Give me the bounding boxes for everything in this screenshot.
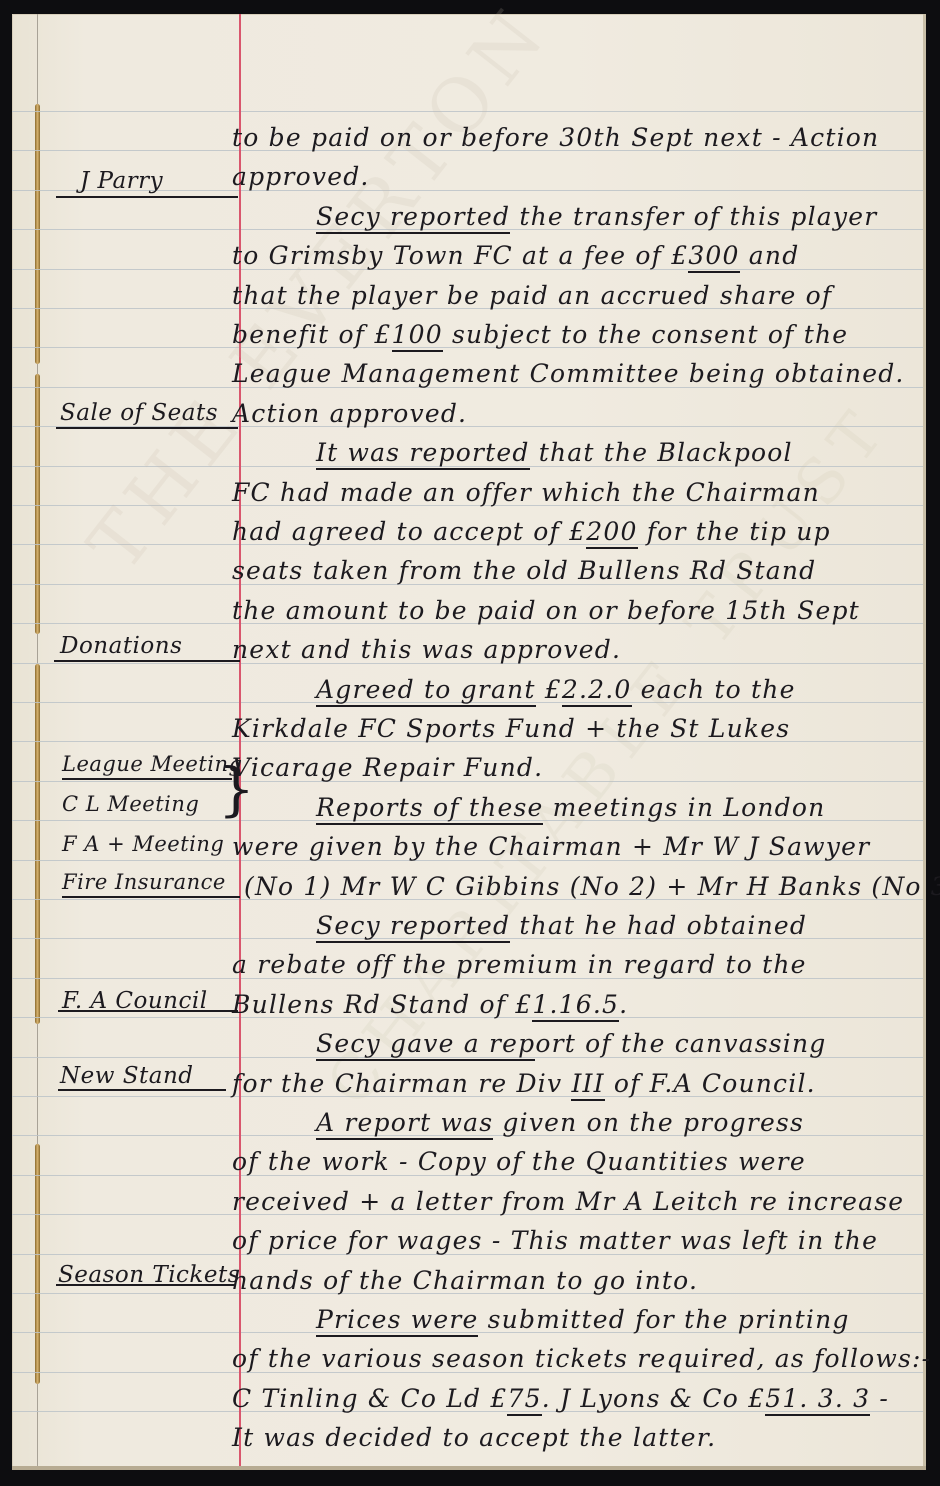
text-segment: subject to the consent of the: [443, 320, 848, 349]
text-segment: received + a letter from Mr A Leitch re …: [232, 1187, 904, 1216]
minutes-line: seats taken from the old Bullens Rd Stan…: [232, 558, 816, 583]
binding-staple: [35, 104, 40, 364]
text-segment: League Management Committee being obtain…: [232, 359, 905, 388]
underlined-text: 2.2.0: [562, 675, 632, 707]
underlined-text: Prices were: [316, 1305, 478, 1337]
text-segment: Bullens Rd Stand of £: [232, 990, 532, 1019]
minutes-line: next and this was approved.: [232, 637, 621, 662]
text-segment: a rebate off the premium in regard to th…: [232, 950, 807, 979]
page-edge: [923, 14, 926, 1469]
minutes-line: approved.: [232, 164, 370, 189]
underlined-text: 300: [688, 241, 739, 273]
minutes-line: for the Chairman re Div III of F.A Counc…: [232, 1071, 816, 1096]
minutes-line: C Tinling & Co Ld £75. J Lyons & Co £51.…: [232, 1386, 889, 1411]
text-segment: given on the progress: [493, 1108, 804, 1137]
text-segment: were given by the Chairman + Mr W J Sawy…: [232, 832, 870, 861]
heading-underline: [54, 660, 240, 662]
text-segment: for the tip up: [638, 517, 831, 546]
heading-underline: [58, 1089, 226, 1091]
page-bottom-edge: [12, 1466, 926, 1470]
minutes-line: to be paid on or before 30th Sept next -…: [232, 125, 879, 150]
underlined-text: 200: [586, 517, 637, 549]
text-segment: (No 1) Mr W C Gibbins (No 2) + Mr H Bank…: [244, 872, 940, 901]
text-segment: .: [619, 990, 628, 1019]
minutes-line: to Grimsby Town FC at a fee of £300 and: [232, 243, 799, 268]
text-segment: that the player be paid an accrued share…: [232, 281, 832, 310]
underlined-text: 100: [392, 320, 443, 352]
margin-heading-fire-insurance: Fire Insurance: [62, 870, 242, 894]
text-segment: Vicarage Repair Fund.: [232, 753, 543, 782]
minutes-line: of the work - Copy of the Quantities wer…: [232, 1149, 806, 1174]
minutes-line: received + a letter from Mr A Leitch re …: [232, 1189, 904, 1214]
underlined-text: Agreed to grant: [316, 675, 536, 707]
text-segment: that he had obtained: [510, 911, 807, 940]
text-segment: meetings in London: [543, 793, 825, 822]
text-segment: that the Blackpool: [530, 438, 793, 467]
text-segment: of F.A Council.: [605, 1069, 816, 1098]
minutes-line: had agreed to accept of £200 for the tip…: [232, 519, 831, 544]
minutes-line: It was reported that the Blackpool: [316, 440, 793, 465]
text-segment: C Tinling & Co Ld £: [232, 1384, 507, 1413]
text-segment: Kirkdale FC Sports Fund + the St Lukes: [232, 714, 790, 743]
text-segment: . J Lyons & Co £: [542, 1384, 766, 1413]
underlined-text: Reports of these: [316, 793, 543, 825]
text-segment: each to the: [632, 675, 796, 704]
minutes-line: a rebate off the premium in regard to th…: [232, 952, 807, 977]
margin-heading-donations: Donations: [60, 633, 240, 659]
margin-heading-sale-of-seats: Sale of Seats: [60, 400, 240, 426]
minutes-line: Vicarage Repair Fund.: [232, 755, 543, 780]
text-segment: to be paid on or before 30th Sept next -…: [232, 123, 879, 152]
text-segment: next and this was approved.: [232, 635, 621, 664]
text-segment: to Grimsby Town FC at a fee of £: [232, 241, 688, 270]
minutes-line: League Management Committee being obtain…: [232, 361, 905, 386]
underlined-text: Secy gave a rep: [316, 1029, 535, 1061]
minutes-line: (No 1) Mr W C Gibbins (No 2) + Mr H Bank…: [244, 874, 940, 899]
minutes-line: that the player be paid an accrued share…: [232, 283, 832, 308]
text-segment: seats taken from the old Bullens Rd Stan…: [232, 556, 816, 585]
underlined-text: It was reported: [316, 438, 530, 470]
text-segment: of the work - Copy of the Quantities wer…: [232, 1147, 806, 1176]
heading-underline: [56, 427, 238, 429]
underlined-text: 75: [507, 1384, 541, 1416]
minutes-line: Agreed to grant £2.2.0 each to the: [316, 677, 796, 702]
minutes-line: FC had made an offer which the Chairman: [232, 480, 820, 505]
underlined-text: III: [571, 1069, 604, 1101]
heading-underline: [56, 196, 238, 198]
text-segment: of price for wages - This matter was lef…: [232, 1226, 878, 1255]
minutes-line: of the various season tickets required, …: [232, 1346, 931, 1371]
minutes-line: the amount to be paid on or before 15th …: [232, 598, 860, 623]
heading-underline: [62, 778, 232, 780]
text-segment: -: [870, 1384, 889, 1413]
text-segment: submitted for the printing: [478, 1305, 849, 1334]
minutes-line: of price for wages - This matter was lef…: [232, 1228, 878, 1253]
minutes-line: hands of the Chairman to go into.: [232, 1268, 698, 1293]
minutes-line: It was decided to accept the latter.: [232, 1425, 716, 1450]
text-segment: £: [536, 675, 562, 704]
heading-underline: [56, 1284, 236, 1286]
margin-heading-league-meeting: League Meeting: [62, 752, 242, 776]
minutes-line: were given by the Chairman + Mr W J Sawy…: [232, 834, 870, 859]
minutes-line: Bullens Rd Stand of £1.16.5.: [232, 992, 628, 1017]
text-segment: approved.: [232, 162, 370, 191]
underlined-text: A report was: [316, 1108, 493, 1140]
text-segment: for the Chairman re Div: [232, 1069, 571, 1098]
heading-underline: [58, 1010, 238, 1012]
minutes-line: benefit of £100 subject to the consent o…: [232, 322, 848, 347]
margin-heading-cl-meeting: C L Meeting: [62, 792, 242, 816]
text-segment: benefit of £: [232, 320, 392, 349]
binding-staple: [35, 374, 40, 634]
ruled-line: [12, 111, 926, 112]
minutes-line: Secy reported the transfer of this playe…: [316, 204, 877, 229]
text-segment: and: [740, 241, 800, 270]
text-segment: the amount to be paid on or before 15th …: [232, 596, 860, 625]
text-segment: of the various season tickets required, …: [232, 1344, 931, 1373]
text-segment: had agreed to accept of £: [232, 517, 586, 546]
text-segment: hands of the Chairman to go into.: [232, 1266, 698, 1295]
margin-heading-new-stand: New Stand: [60, 1063, 240, 1089]
minutes-line: Secy reported that he had obtained: [316, 913, 807, 938]
underlined-text: 51. 3. 3: [765, 1384, 870, 1416]
margin-heading-fa-meeting: F A + Meeting: [62, 832, 242, 856]
text-segment: the transfer of this player: [510, 202, 877, 231]
text-segment: FC had made an offer which the Chairman: [232, 478, 820, 507]
minutes-line: A report was given on the progress: [316, 1110, 804, 1135]
minutes-line: Kirkdale FC Sports Fund + the St Lukes: [232, 716, 790, 741]
text-segment: ort of the canvassing: [535, 1029, 826, 1058]
heading-underline: [62, 896, 240, 898]
minutes-line: Action approved.: [232, 401, 467, 426]
minutes-line: Secy gave a report of the canvassing: [316, 1031, 827, 1056]
minutes-line: Reports of these meetings in London: [316, 795, 825, 820]
text-segment: Action approved.: [232, 399, 467, 428]
binding-staple: [35, 1144, 40, 1384]
binding-staple: [35, 664, 40, 1024]
minutes-line: Prices were submitted for the printing: [316, 1307, 850, 1332]
underlined-text: Secy reported: [316, 911, 510, 943]
underlined-text: Secy reported: [316, 202, 510, 234]
text-segment: It was decided to accept the latter.: [232, 1423, 716, 1452]
underlined-text: 1.16.5: [532, 990, 619, 1022]
